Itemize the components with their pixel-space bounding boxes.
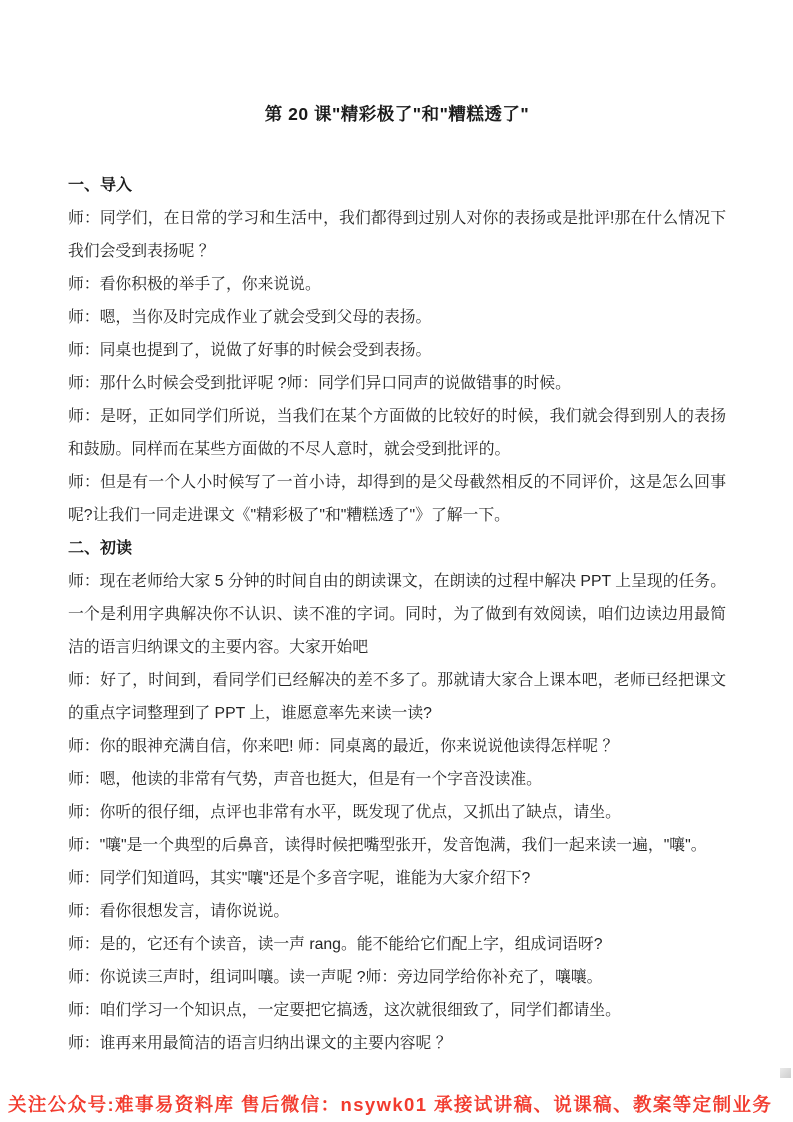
dialogue-line: 师：同桌也提到了，说做了好事的时候会受到表扬。 [68,334,726,367]
promo-footer-text: 关注公众号:难事易资料库 售后微信：nsywk01 承接试讲稿、说课稿、教案等定… [8,1094,772,1115]
dialogue-line: 师：是的，它还有个读音，读一声 rang。能不能给它们配上字，组成词语呀? [68,928,726,961]
promo-footer: 关注公众号:难事易资料库 售后微信：nsywk01 承接试讲稿、说课稿、教案等定… [8,1091,793,1117]
dialogue-line: 师：谁再来用最简洁的语言归纳出课文的主要内容呢 ？ [68,1027,726,1060]
dialogue-line: 师：嗯，当你及时完成作业了就会受到父母的表扬。 [68,301,726,334]
dialogue-line: 师：是呀，正如同学们所说，当我们在某个方面做的比较好的时候，我们就会得到别人的表… [68,400,726,466]
dialogue-line: 师：你的眼神充满自信，你来吧! 师：同桌离的最近，你来说说他读得怎样呢 ？ [68,730,726,763]
dialogue-line: 师：好了，时间到，看同学们已经解决的差不多了。那就请大家合上课本吧，老师已经把课… [68,664,726,730]
dialogue-line: 师：嗯，他读的非常有气势，声音也挺大，但是有一个字音没读准。 [68,763,726,796]
section-heading-first-reading: 二、初读 [68,532,726,565]
dialogue-line: 师：但是有一个人小时候写了一首小诗，却得到的是父母截然相反的不同评价，这是怎么回… [68,466,726,532]
dialogue-line: 师：看你积极的举手了，你来说说。 [68,268,726,301]
dialogue-line: 师：现在老师给大家 5 分钟的时间自由的朗读课文，在朗读的过程中解决 PPT 上… [68,565,726,664]
document-title: 第 20 课"精彩极了"和"糟糕透了" [68,97,726,132]
document-body: 第 20 课"精彩极了"和"糟糕透了" 一、导入 师：同学们，在日常的学习和生活… [68,97,726,1060]
dialogue-line: 师：那什么时候会受到批评呢 ?师：同学们异口同声的说做错事的时候。 [68,367,726,400]
dialogue-line: 师：同学们，在日常的学习和生活中，我们都得到过别人对你的表扬或是批评!那在什么情… [68,202,726,268]
document-page: 第 20 课"精彩极了"和"糟糕透了" 一、导入 师：同学们，在日常的学习和生活… [0,0,793,1122]
dialogue-line: 师："嚷"是一个典型的后鼻音，读得时候把嘴型张开，发音饱满，我们一起来读一遍，"… [68,829,726,862]
section-heading-intro: 一、导入 [68,169,726,202]
dialogue-line: 师：咱们学习一个知识点，一定要把它搞透，这次就很细致了，同学们都请坐。 [68,994,726,1027]
dialogue-line: 师：同学们知道吗，其实"嚷"还是个多音字呢，谁能为大家介绍下? [68,862,726,895]
page-corner-artifact [780,1068,791,1078]
dialogue-line: 师：你听的很仔细，点评也非常有水平，既发现了优点，又抓出了缺点，请坐。 [68,796,726,829]
dialogue-line: 师：你说读三声时，组词叫嚷。读一声呢 ?师：旁边同学给你补充了，嚷嚷。 [68,961,726,994]
dialogue-line: 师：看你很想发言，请你说说。 [68,895,726,928]
